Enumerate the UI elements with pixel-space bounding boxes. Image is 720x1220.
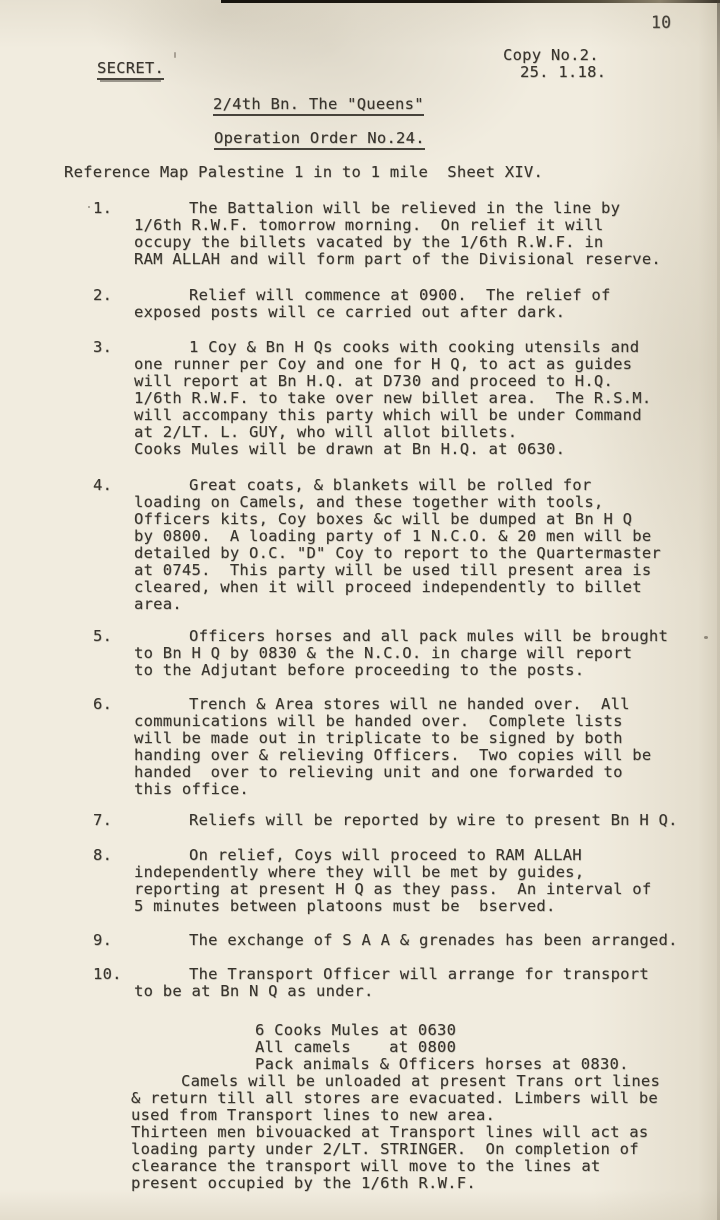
page-number: 10 — [651, 14, 671, 31]
item-text: Officers horses and all pack mules will … — [134, 628, 712, 679]
loading-party-paragraph: Thirteen men bivouacked at Transport lin… — [131, 1124, 648, 1192]
order-title: Operation Order No.24. — [214, 130, 425, 147]
item-text: The Battalion will be relieved in the li… — [134, 200, 712, 268]
order-item-4: 4. Great coats, & blankets will be rolle… — [0, 477, 720, 613]
copy-number: Copy No.2. — [503, 47, 599, 64]
order-item-9: 9. The exchange of S A A & grenades has … — [0, 932, 720, 949]
order-item-3: 3. 1 Coy & Bn H Qs cooks with cooking ut… — [0, 339, 720, 458]
order-title-text: Operation Order No.24. — [214, 129, 425, 150]
order-item-10: 10. The Transport Officer will arrange f… — [0, 966, 720, 1000]
scan-edge-artifact-top — [221, 0, 720, 3]
item-number: 7. — [93, 812, 112, 829]
item-text: Great coats, & blankets will be rolled f… — [134, 477, 712, 613]
item-number: 9. — [93, 932, 112, 949]
battalion-title-text: 2/4th Bn. The "Queens" — [213, 95, 424, 116]
item-number: 3. — [93, 339, 112, 356]
transport-schedule: 6 Cooks Mules at 0630 All camels at 0800… — [255, 1022, 629, 1073]
document-date: 25. 1.18. — [520, 64, 606, 81]
item-number: 5. — [93, 628, 112, 645]
item-text: The Transport Officer will arrange for t… — [134, 966, 712, 1000]
order-item-7: 7. Reliefs will be reported by wire to p… — [0, 812, 720, 829]
order-item-1: 1. The Battalion will be relieved in the… — [0, 200, 720, 268]
item-number: 8. — [93, 847, 112, 864]
order-item-2: 2. Relief will commence at 0900. The rel… — [0, 287, 720, 321]
item-number: 2. — [93, 287, 112, 304]
item-text: On relief, Coys will proceed to RAM ALLA… — [134, 847, 712, 915]
battalion-title: 2/4th Bn. The "Queens" — [213, 96, 424, 113]
order-item-5: 5. Officers horses and all pack mules wi… — [0, 628, 720, 679]
item-number: 4. — [93, 477, 112, 494]
order-item-6: 6. Trench & Area stores will ne handed o… — [0, 696, 720, 798]
map-reference-line: Reference Map Palestine 1 in to 1 mile S… — [64, 164, 543, 181]
item-number: 1. — [93, 200, 112, 217]
classification-text: SECRET. — [97, 59, 164, 80]
item-text: Reliefs will be reported by wire to pres… — [134, 812, 712, 829]
order-item-8: 8. On relief, Coys will proceed to RAM A… — [0, 847, 720, 915]
item-number: 6. — [93, 696, 112, 713]
item-text: The exchange of S A A & grenades has bee… — [134, 932, 712, 949]
camels-paragraph: Camels will be unloaded at present Trans… — [131, 1073, 660, 1124]
classification-label: SECRET. — [97, 60, 164, 77]
item-text: 1 Coy & Bn H Qs cooks with cooking utens… — [134, 339, 712, 458]
item-text: Trench & Area stores will ne handed over… — [134, 696, 712, 798]
item-number: 10. — [93, 966, 122, 983]
scanned-document-page: 10 SECRET. Copy No.2. 25. 1.18. 2/4th Bn… — [0, 0, 720, 1220]
item-text: Relief will commence at 0900. The relief… — [134, 287, 712, 321]
scan-speck — [174, 52, 176, 58]
